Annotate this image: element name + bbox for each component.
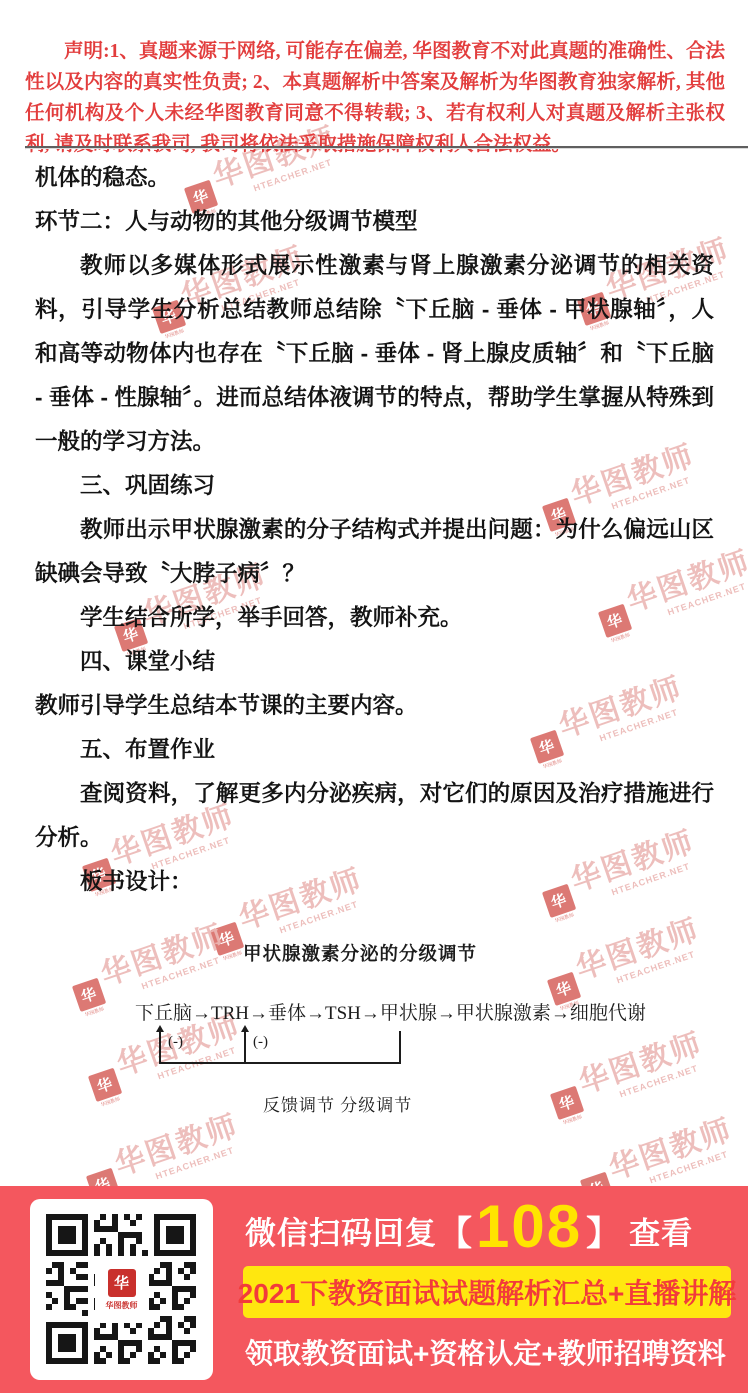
diagram-title: 甲状腺激素分泌的分级调节	[135, 940, 585, 966]
feedback-line-horizontal	[159, 1062, 400, 1064]
huatu-logo-icon: 华	[108, 1269, 136, 1297]
feedback-arrow-hypothalamus	[159, 1031, 161, 1063]
qr-code-card: 华 华图教师	[30, 1199, 213, 1380]
qr-center-logo: 华 华图教师	[95, 1257, 149, 1323]
disclaimer-body: 1、真题来源于网络, 可能存在偏差, 华图教育不对此真题的准确性、合法性以及内容…	[25, 41, 725, 155]
disclaimer-label: 声明:	[64, 41, 110, 62]
paragraph: 查阅资料，了解更多内分泌疾病，对它们的原因及治疗措施进行分析。	[35, 772, 714, 860]
feedback-arrow-pituitary	[244, 1031, 246, 1063]
paragraph: 教师以多媒体形式展示性激素与肾上腺激素分泌调节的相关资料，引导学生分析总结教师总…	[35, 244, 714, 464]
watermark-domain: HTEACHER.NET	[648, 1145, 740, 1185]
feedback-label-1: (-)	[168, 1034, 183, 1051]
reply-code: 108	[476, 1197, 582, 1257]
banner-text-block: 微信扫码回复 【 108 】 查看 2021下教资面试试题解析汇总+直播讲解 领…	[243, 1186, 735, 1393]
document-page: 华华图教师华图教师HTEACHER.NET华华图教师华图教师HTEACHER.N…	[0, 0, 748, 1393]
watermark-brand: 华图教师	[606, 1115, 737, 1185]
bracket-open: 【	[438, 1206, 472, 1255]
banner-scan-line: 微信扫码回复 【 108 】 查看	[245, 1200, 693, 1260]
watermark-domain: HTEACHER.NET	[615, 945, 707, 985]
feedback-line-right	[399, 1031, 401, 1064]
watermark-logo-icon: 华华图教师	[71, 978, 109, 1020]
paragraph: 四、课堂小结	[35, 640, 714, 684]
paragraph: 环节二：人与动物的其他分级调节模型	[35, 200, 714, 244]
paragraph: 五、布置作业	[35, 728, 714, 772]
promo-banner: 华 华图教师 微信扫码回复 【 108 】 查看 2021下教资面试试题解析汇总…	[0, 1186, 748, 1393]
paragraph: 教师引导学生总结本节课的主要内容。	[35, 684, 714, 728]
watermark-logo-icon: 华华图教师	[87, 1068, 125, 1110]
paragraph: 教师出示甲状腺激素的分子结构式并提出问题：为什么偏远山区缺碘会导致〝大脖子病〞？	[35, 508, 714, 596]
banner-highlight-box: 2021下教资面试试题解析汇总+直播讲解	[243, 1266, 731, 1318]
paragraph: 三、巩固练习	[35, 464, 714, 508]
bracket-close: 】	[586, 1206, 620, 1255]
watermark-domain: HTEACHER.NET	[154, 1141, 246, 1181]
scan-suffix-text: 查看	[629, 1208, 693, 1253]
scan-prefix-text: 微信扫码回复	[245, 1208, 437, 1253]
watermark-domain: HTEACHER.NET	[618, 1059, 710, 1099]
paragraph: 机体的稳态。	[35, 156, 714, 200]
body-text: 机体的稳态。环节二：人与动物的其他分级调节模型教师以多媒体形式展示性激素与肾上腺…	[35, 156, 714, 904]
feedback-label-2: (-)	[253, 1034, 268, 1051]
paragraph: 学生结合所学，举手回答，教师补充。	[35, 596, 714, 640]
diagram-caption: 反馈调节 分级调节	[263, 1091, 412, 1116]
paragraph: 板书设计：	[35, 860, 714, 904]
board-design-diagram: 甲状腺激素分泌的分级调节 下丘脑→TRH→垂体→TSH→甲状腺→甲状腺激素→细胞…	[135, 938, 615, 1133]
section-divider	[25, 146, 748, 149]
qr-logo-label: 华图教师	[106, 1300, 138, 1311]
diagram-flow-line: 下丘脑→TRH→垂体→TSH→甲状腺→甲状腺激素→细胞代谢	[135, 998, 646, 1025]
banner-footer-line: 领取教资面试+资格认定+教师招聘资料	[245, 1332, 726, 1372]
disclaimer-text: 声明:1、真题来源于网络, 可能存在偏差, 华图教育不对此真题的准确性、合法性以…	[25, 36, 725, 160]
